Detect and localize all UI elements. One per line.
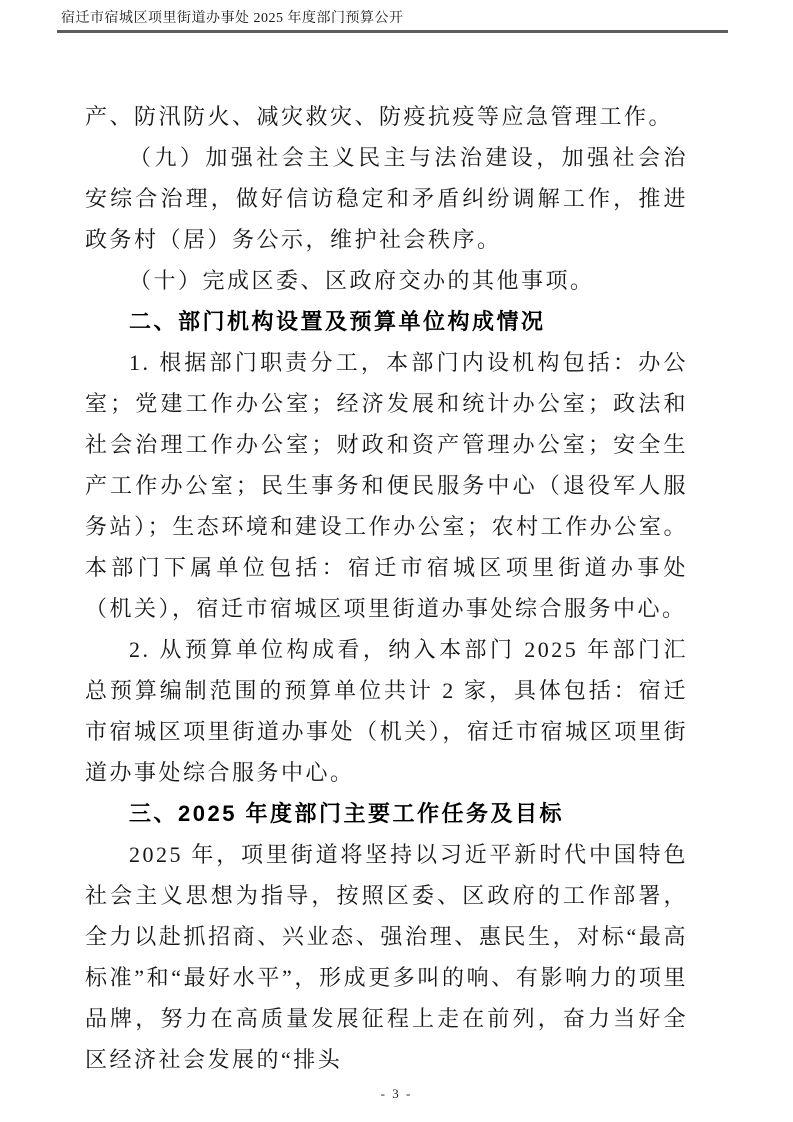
header-title: 宿迁市宿城区项里街道办事处 2025 年度部门预算公开 — [57, 11, 728, 27]
section-heading-two: 二、部门机构设置及预算单位构成情况 — [85, 301, 688, 342]
page-footer: - 3 - — [0, 1085, 793, 1103]
paragraph-2025-goals: 2025 年，项里街道将坚持以习近平新时代中国特色社会主义思想为指导，按照区委、… — [85, 834, 688, 1080]
paragraph-item-ten: （十）完成区委、区政府交办的其他事项。 — [85, 260, 688, 301]
page-header: 宿迁市宿城区项里街道办事处 2025 年度部门预算公开 — [57, 11, 728, 33]
paragraph-item-nine: （九）加强社会主义民主与法治建设，加强社会治安综合治理，做好信访稳定和矛盾纠纷调… — [85, 137, 688, 260]
paragraph-budget-units: 2. 从预算单位构成看，纳入本部门 2025 年部门汇总预算编制范围的预算单位共… — [85, 629, 688, 793]
paragraph-org-structure: 1. 根据部门职责分工，本部门内设机构包括：办公室；党建工作办公室；经济发展和统… — [85, 342, 688, 629]
section-heading-three: 三、2025 年度部门主要工作任务及目标 — [85, 793, 688, 834]
document-body: 产、防汛防火、减灾救灾、防疫抗疫等应急管理工作。 （九）加强社会主义民主与法治建… — [85, 96, 688, 1080]
paragraph-continuation: 产、防汛防火、减灾救灾、防疫抗疫等应急管理工作。 — [85, 96, 688, 137]
page-number: - 3 - — [381, 1086, 413, 1101]
document-page: 宿迁市宿城区项里街道办事处 2025 年度部门预算公开 产、防汛防火、减灾救灾、… — [0, 0, 793, 1122]
